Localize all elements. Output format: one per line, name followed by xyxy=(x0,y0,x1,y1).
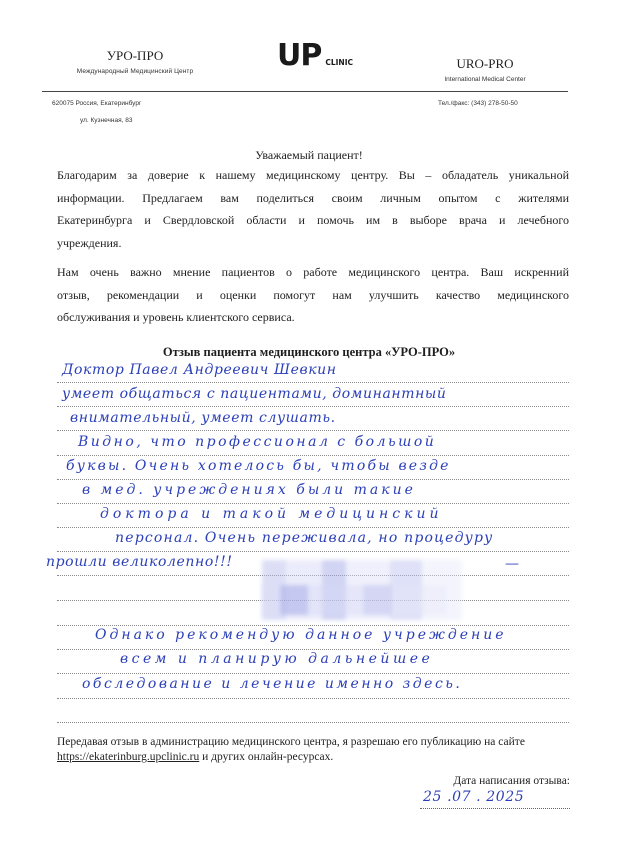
handwritten-line: Видно, что профессионал с большой xyxy=(78,434,436,450)
ruled-line xyxy=(57,551,569,552)
ruled-line xyxy=(57,673,569,674)
handwritten-line: Доктор Павел Андреевич Шевкин xyxy=(62,362,337,378)
handwritten-line: всем и планирую дальнейшее xyxy=(120,651,433,667)
handwritten-line: в мед. учреждениях были такие xyxy=(82,482,416,498)
ruled-line xyxy=(57,649,569,650)
ruled-line xyxy=(57,625,569,626)
paragraph-line: обслуживания и уровень клиентского серви… xyxy=(57,306,569,329)
address-line-1: 620075 Россия, Екатеринбург xyxy=(52,100,141,107)
ruled-line xyxy=(57,406,569,407)
letterhead-divider xyxy=(42,91,568,92)
paragraph-line: Екатеринбурга и Свердловской области и п… xyxy=(57,209,569,232)
phone-fax: Тел./факс: (343) 278-50-50 xyxy=(438,100,518,107)
logo-main: UP xyxy=(277,42,321,70)
brand-en-name: URO-PRO xyxy=(410,56,560,72)
paragraph-line: учреждения. xyxy=(57,232,569,255)
address-line-2: ул. Кузнечная, 83 xyxy=(80,117,132,124)
handwritten-dash: — xyxy=(505,556,520,572)
handwritten-line: прошли великолепно!!! xyxy=(46,554,233,570)
publication-consent: Передавая отзыв в администрацию медицинс… xyxy=(57,735,577,765)
ruled-line xyxy=(57,503,569,504)
paragraph-line: Нам очень важно мнение пациентов о работ… xyxy=(57,261,569,284)
paragraph-line: Благодарим за доверие к нашему медицинск… xyxy=(57,164,569,187)
ruled-line xyxy=(57,382,569,383)
handwritten-line: персонал. Очень переживала, но процедуру xyxy=(115,530,493,546)
ruled-line xyxy=(57,527,569,528)
paragraph-importance: Нам очень важно мнение пациентов о работ… xyxy=(57,261,569,329)
handwritten-line: умеет общаться с пациентами, доминантный xyxy=(62,386,447,402)
handwritten-line: Однако рекомендую данное учреждение xyxy=(95,627,507,643)
ruled-line xyxy=(57,430,569,431)
brand-ru: УРО-ПРО Международный Медицинский Центр xyxy=(60,48,210,75)
handwritten-line: обследование и лечение именно здесь. xyxy=(82,676,462,692)
clinic-website-link[interactable]: https://ekaterinburg.upclinic.ru xyxy=(57,751,199,763)
upclinic-logo: UP CLINIC xyxy=(277,42,353,70)
brand-ru-subtitle: Международный Медицинский Центр xyxy=(60,68,210,75)
ruled-line xyxy=(57,722,569,723)
review-title: Отзыв пациента медицинского центра «УРО-… xyxy=(0,345,618,360)
handwritten-line: внимательный, умеет слушать. xyxy=(70,410,336,426)
date-value: 25 .07 . 2025 xyxy=(423,789,524,805)
ruled-line xyxy=(57,698,569,699)
handwritten-line: доктора и такой медицинский xyxy=(100,506,443,522)
brand-ru-name: УРО-ПРО xyxy=(60,48,210,64)
greeting: Уважаемый пациент! xyxy=(0,148,618,163)
ruled-line xyxy=(57,479,569,480)
ruled-line xyxy=(57,455,569,456)
date-ruled-line xyxy=(420,808,570,809)
consent-text-end: и других онлайн-ресурсах. xyxy=(199,751,333,763)
brand-en: URO-PRO International Medical Center xyxy=(410,56,560,83)
brand-en-subtitle: International Medical Center xyxy=(410,76,560,83)
redacted-handwriting xyxy=(262,585,447,615)
logo-suffix: CLINIC xyxy=(325,58,353,67)
handwritten-line: буквы. Очень хотелось бы, чтобы везде xyxy=(66,458,451,474)
date-label: Дата написания отзыва: xyxy=(420,775,570,787)
paragraph-intro: Благодарим за доверие к нашему медицинск… xyxy=(57,164,569,254)
paragraph-line: информации. Предлагаем вам поделиться св… xyxy=(57,187,569,210)
paragraph-line: отзыв, рекомендации и оценки помогут нам… xyxy=(57,284,569,307)
consent-text: Передавая отзыв в администрацию медицинс… xyxy=(57,736,525,748)
